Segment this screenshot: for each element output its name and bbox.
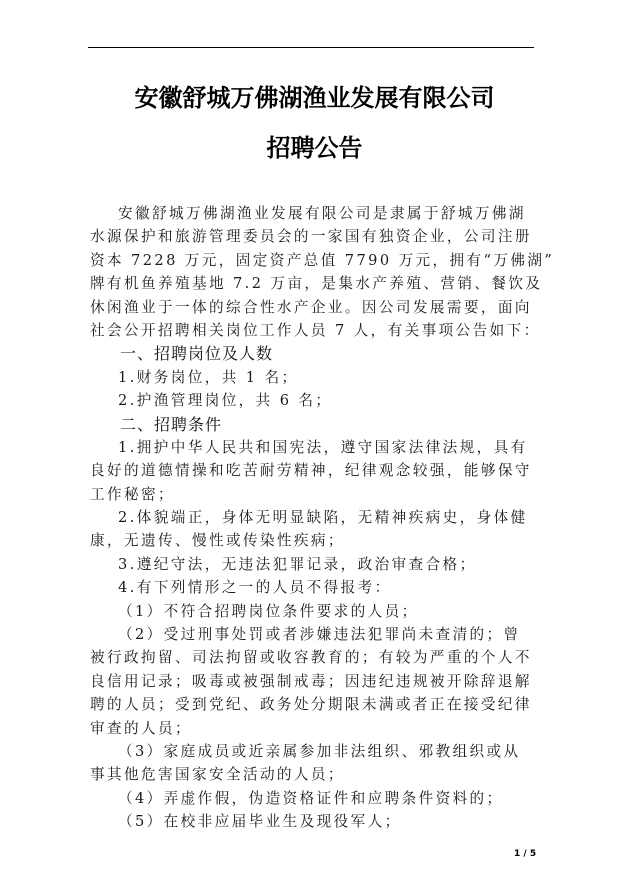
intro-line: 资本 7228 万元，固定资产总值 7790 万元，拥有“万佛湖” [90, 249, 534, 272]
intro-line: 牌有机鱼养殖基地 7.2 万亩，是集水产养殖、营销、餐饮及 [90, 272, 534, 295]
condition-line: 聘的人员；受到党纪、政务处分期限未满或者正在接受纪律 [90, 693, 534, 716]
condition-line: （2）受过刑事处罚或者涉嫌违法犯罪尚未查清的；曾 [90, 623, 534, 646]
condition-line: 1.拥护中华人民共和国宪法，遵守国家法律法规，具有 [90, 436, 534, 459]
condition-line: 3.遵纪守法，无违法犯罪记录，政治审查合格； [90, 553, 534, 576]
condition-line: 审查的人员； [90, 717, 534, 740]
condition-line: （1）不符合招聘岗位条件要求的人员； [90, 600, 534, 623]
condition-line: 被行政拘留、司法拘留或收容教育的；有较为严重的个人不 [90, 646, 534, 669]
page-number: 1 / 5 [514, 849, 536, 859]
document-body: 安徽舒城万佛湖渔业发展有限公司是隶属于舒城万佛湖 水源保护和旅游管理委员会的一家… [90, 202, 534, 834]
position-item: 1.财务岗位，共 1 名； [90, 366, 534, 389]
intro-line: 休闲渔业于一体的综合性水产企业。因公司发展需要，面向 [90, 296, 534, 319]
section-heading-conditions: 二、招聘条件 [90, 413, 534, 436]
intro-line: 安徽舒城万佛湖渔业发展有限公司是隶属于舒城万佛湖 [90, 202, 534, 225]
conditions-list: 1.拥护中华人民共和国宪法，遵守国家法律法规，具有良好的道德情操和吃苦耐劳精神，… [90, 436, 534, 834]
condition-line: 事其他危害国家安全活动的人员； [90, 763, 534, 786]
position-item: 2.护渔管理岗位，共 6 名； [90, 389, 534, 412]
condition-line: 工作秘密； [90, 483, 534, 506]
condition-line: （4）弄虚作假，伪造资格证件和应聘条件资料的； [90, 787, 534, 810]
section-heading-positions: 一、招聘岗位及人数 [90, 342, 534, 365]
condition-line: （5）在校非应届毕业生及现役军人； [90, 810, 534, 833]
company-title: 安徽舒城万佛湖渔业发展有限公司 [0, 78, 629, 113]
condition-line: 良信用记录；吸毒或被强制戒毒；因违纪违规被开除辞退解 [90, 670, 534, 693]
intro-line: 水源保护和旅游管理委员会的一家国有独资企业，公司注册 [90, 225, 534, 248]
condition-line: 良好的道德情操和吃苦耐劳精神，纪律观念较强，能够保守 [90, 459, 534, 482]
condition-line: 4.有下列情形之一的人员不得报考： [90, 576, 534, 599]
condition-line: （3）家庭成员或近亲属参加非法组织、邪教组织或从 [90, 740, 534, 763]
condition-line: 康，无遗传、慢性或传染性疾病； [90, 529, 534, 552]
header-rule [88, 47, 534, 48]
intro-line: 社会公开招聘相关岗位工作人员 7 人，有关事项公告如下： [90, 319, 534, 342]
condition-line: 2.体貌端正，身体无明显缺陷，无精神疾病史，身体健 [90, 506, 534, 529]
document-title: 招聘公告 [0, 128, 629, 163]
